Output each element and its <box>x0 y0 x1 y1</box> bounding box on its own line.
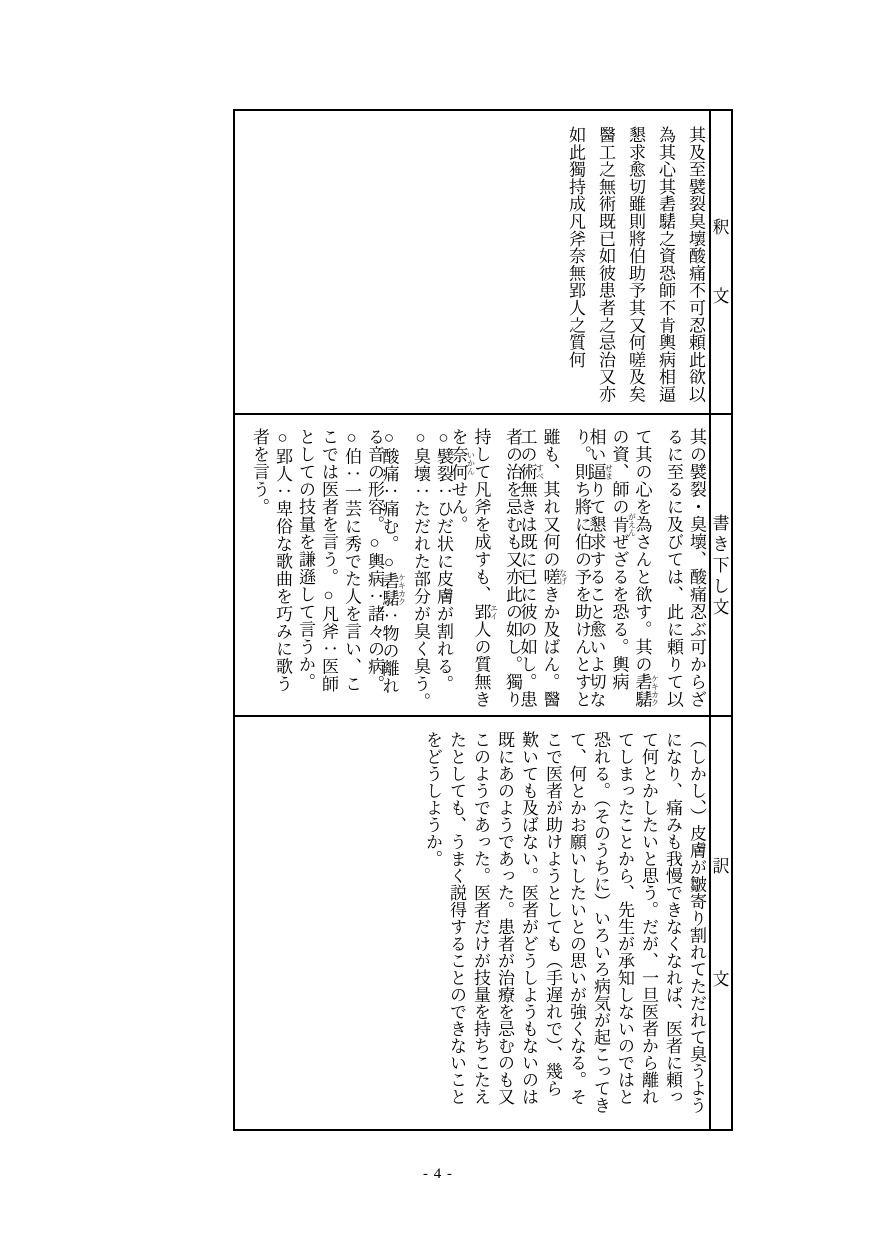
section-kakikudashi: 其の襞裂・臭壞、酸痛忍ぶ可からざるに至るに及びては、此に頼りて以て其の心を為さん… <box>235 413 731 715</box>
yakubun-label: 訳文 <box>713 858 730 988</box>
text-column: ○酸痛：痛む。○砉騞ケキカク：物の離れ <box>383 428 406 709</box>
label-char: 下 <box>713 557 730 574</box>
text-column: 如此獨持成凡斧奈無郢人之質何 <box>554 126 584 405</box>
yakubun-label-cell: 訳文 <box>709 717 731 1129</box>
text-column: 持して凡斧を成すも、郢エイ人の質無き <box>475 428 498 709</box>
text-column: （しかし、）皮膚が皺寄り割れてただれて臭うよう <box>681 731 705 1123</box>
text-column: 其及至襞裂臭壞酸痛不可忍頼此欲以 <box>674 126 704 405</box>
text-column: て、何とかお願いしたいとの思いが強くなる。そ <box>561 731 585 1123</box>
label-char: し <box>713 578 730 595</box>
text-column: 懇求愈切雖則將伯助予其又何嗟及矣 <box>614 126 644 405</box>
text-column: て何とかしたいと思う。だが、一旦医者から離れ <box>633 731 657 1123</box>
text-column: 醫工之無術既已如彼患者之忌治又亦 <box>584 126 614 405</box>
text-column: 為其心其砉騞之資恐師不肯輿病相逼 <box>644 126 674 405</box>
label-char: 訳 <box>713 858 730 875</box>
label-char: 釈 <box>713 219 730 236</box>
label-char: 書 <box>713 515 730 532</box>
text-column: てしまったことから、先生が承知しないのではと <box>609 731 633 1123</box>
text-column: る音の形容。○輿病：諸々の病。 <box>360 428 383 709</box>
text-column: をどうしようか。 <box>417 731 441 1123</box>
kakikudashi-text: 其の襞裂・臭壞、酸痛忍ぶ可からざるに至るに及びては、此に頼りて以て其の心を為さん… <box>235 415 709 715</box>
section-yakubun: （しかし、）皮膚が皺寄り割れてただれて臭うようになり、痛みも我慢できなくなれば、… <box>235 715 731 1129</box>
text-column: 其の襞裂・臭壞、酸痛忍ぶ可からざ <box>682 428 705 709</box>
kanbun-table: 其及至襞裂臭壞酸痛不可忍頼此欲以為其心其砉騞之資恐師不肯輿病相逼懇求愈切雖則將伯… <box>233 109 733 1131</box>
shakubun-label: 釈文 <box>713 219 730 305</box>
text-column: 者の治を忌むも又亦此の如し。獨り <box>498 428 521 709</box>
text-column: こでは医者を言う。○凡斧：医師 <box>314 428 337 709</box>
text-column: このようであった。医者だけが技量を持ちこたえ <box>465 731 489 1123</box>
label-char: 文 <box>713 599 730 616</box>
text-column: ○郢人：卑俗な歌曲を巧みに歌う <box>268 428 291 709</box>
ruby-annotated-word: 砉騞ケキカク <box>633 673 652 708</box>
text-column: り。則ち將に伯の予を助けんとすと <box>567 428 590 709</box>
text-column: としての技量を謙遜して言うか。 <box>291 428 314 709</box>
text-column: 既にあのようであった。患者が治療を忌むのも又 <box>489 731 513 1123</box>
label-char: き <box>713 536 730 553</box>
text-column: 者を言う。 <box>245 428 268 709</box>
text-column: て其の心を為さんと欲す。其の砉騞ケキカク <box>636 428 659 709</box>
ruby-annotated-word: 肯がえん <box>610 516 629 534</box>
text-column: になり、痛みも我慢できなくなれば、医者に頼っ <box>657 731 681 1123</box>
label-char: 文 <box>713 288 730 305</box>
kakikudashi-label: 書き下し文 <box>713 515 730 616</box>
shakubun-text: 其及至襞裂臭壞酸痛不可忍頼此欲以為其心其砉騞之資恐師不肯輿病相逼懇求愈切雖則將伯… <box>235 111 709 413</box>
text-column: 雖も、其れ又何の嗟なげきか及ばん。醫 <box>544 428 567 709</box>
text-column: 歎いても及ばない。医者がどうしようもないのは <box>513 731 537 1123</box>
ruby-annotated-word: 嗟なげ <box>541 568 560 586</box>
text-column: こで医者が助けようとしても（手遅れで）、幾ら <box>537 731 561 1123</box>
shakubun-label-cell: 釈文 <box>709 111 731 413</box>
text-column: ○伯：一芸に秀でた人を言い、こ <box>337 428 360 709</box>
kakikudashi-label-cell: 書き下し文 <box>709 415 731 715</box>
label-char: 文 <box>713 971 730 988</box>
ruby-annotated-word: 郢エイ <box>472 603 491 621</box>
page-number: - 4 - <box>0 1166 876 1183</box>
text-column: 恐れる。（そのうちに）いろいろ病気が起こってき <box>585 731 609 1123</box>
text-column: るに至るに及びては、此に頼りて以 <box>659 428 682 709</box>
text-column: たとしても、うまく説得することのできないこと <box>441 731 465 1123</box>
yakubun-text: （しかし、）皮膚が皺寄り割れてただれて臭うようになり、痛みも我慢できなくなれば、… <box>235 717 709 1129</box>
text-column: ○臭壞：ただれた部分が臭く臭う。 <box>406 428 429 709</box>
text-column: ○襞裂：ひだ状に皮膚が割れる。 <box>429 428 452 709</box>
section-shakubun: 其及至襞裂臭壞酸痛不可忍頼此欲以為其心其砉騞之資恐師不肯輿病相逼懇求愈切雖則將伯… <box>235 111 731 413</box>
